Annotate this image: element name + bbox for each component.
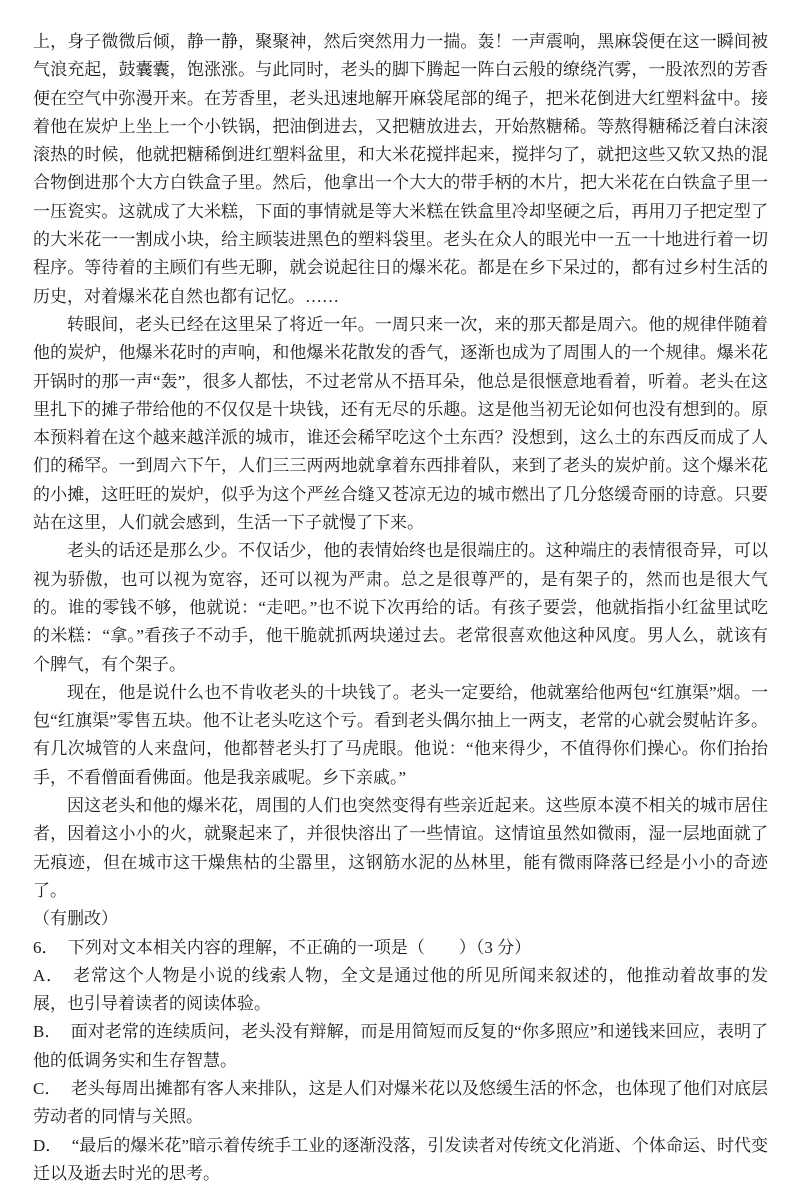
option-a-label: A． bbox=[33, 966, 64, 985]
option-d-text: “最后的爆米花”暗示着传统手工业的逐渐没落，引发读者对传统文化消逝、个体命运、时… bbox=[33, 1136, 768, 1183]
question-option-c: C．老头每周出摊都有客人来排队，这是人们对爆米花以及悠缓生活的怀念，也体现了他们… bbox=[33, 1075, 768, 1132]
passage-paragraph-5: 因这老头和他的爆米花，周围的人们也突然变得有些亲近起来。这些原本漠不相关的城市居… bbox=[33, 792, 768, 905]
option-a-text: 老常这个人物是小说的线索人物，全文是通过他的所见所闻来叙述的，他推动着故事的发展… bbox=[33, 966, 768, 1013]
passage-paragraph-3: 老头的话还是那么少。不仅话少，他的表情始终也是很端庄的。这种端庄的表情很奇异，可… bbox=[33, 537, 768, 678]
passage-paragraph-2: 转眼间，老头已经在这里呆了将近一年。一周只来一次，来的那天都是周六。他的规律伴随… bbox=[33, 311, 768, 537]
passage-paragraph-1: 上，身子微微后倾，静一静，聚聚神，然后突然用力一揣。轰！一声震响，黑麻袋便在这一… bbox=[33, 28, 768, 311]
option-d-label: D． bbox=[33, 1136, 62, 1155]
option-b-text: 面对老常的连续质问，老头没有辩解，而是用简短而反复的“你多照应”和递钱来回应，表… bbox=[33, 1022, 768, 1069]
question-stem-text: 下列对文本相关内容的理解，不正确的一项是（ ）（3 分） bbox=[68, 938, 531, 957]
exam-page: 上，身子微微后倾，静一静，聚聚神，然后突然用力一揣。轰！一声震响，黑麻袋便在这一… bbox=[0, 0, 800, 1196]
question-option-b: B．面对老常的连续质问，老头没有辩解，而是用简短而反复的“你多照应”和递钱来回应… bbox=[33, 1018, 768, 1075]
question-option-a: A．老常这个人物是小说的线索人物，全文是通过他的所见所闻来叙述的，他推动着故事的… bbox=[33, 962, 768, 1019]
question-6: 6．下列对文本相关内容的理解，不正确的一项是（ ）（3 分） A．老常这个人物是… bbox=[33, 934, 768, 1189]
question-number: 6． bbox=[33, 938, 59, 957]
question-stem: 6．下列对文本相关内容的理解，不正确的一项是（ ）（3 分） bbox=[33, 934, 768, 962]
passage-attribution: （有删改） bbox=[33, 905, 768, 933]
option-c-text: 老头每周出摊都有客人来排队，这是人们对爆米花以及悠缓生活的怀念，也体现了他们对底… bbox=[33, 1079, 768, 1126]
question-option-d: D．“最后的爆米花”暗示着传统手工业的逐渐没落，引发读者对传统文化消逝、个体命运… bbox=[33, 1132, 768, 1189]
option-b-label: B． bbox=[33, 1022, 61, 1041]
reading-passage: 上，身子微微后倾，静一静，聚聚神，然后突然用力一揣。轰！一声震响，黑麻袋便在这一… bbox=[33, 28, 768, 934]
option-c-label: C． bbox=[33, 1079, 61, 1098]
passage-paragraph-4: 现在，他是说什么也不肯收老头的十块钱了。老头一定要给，他就塞给他两包“红旗渠”烟… bbox=[33, 679, 768, 792]
